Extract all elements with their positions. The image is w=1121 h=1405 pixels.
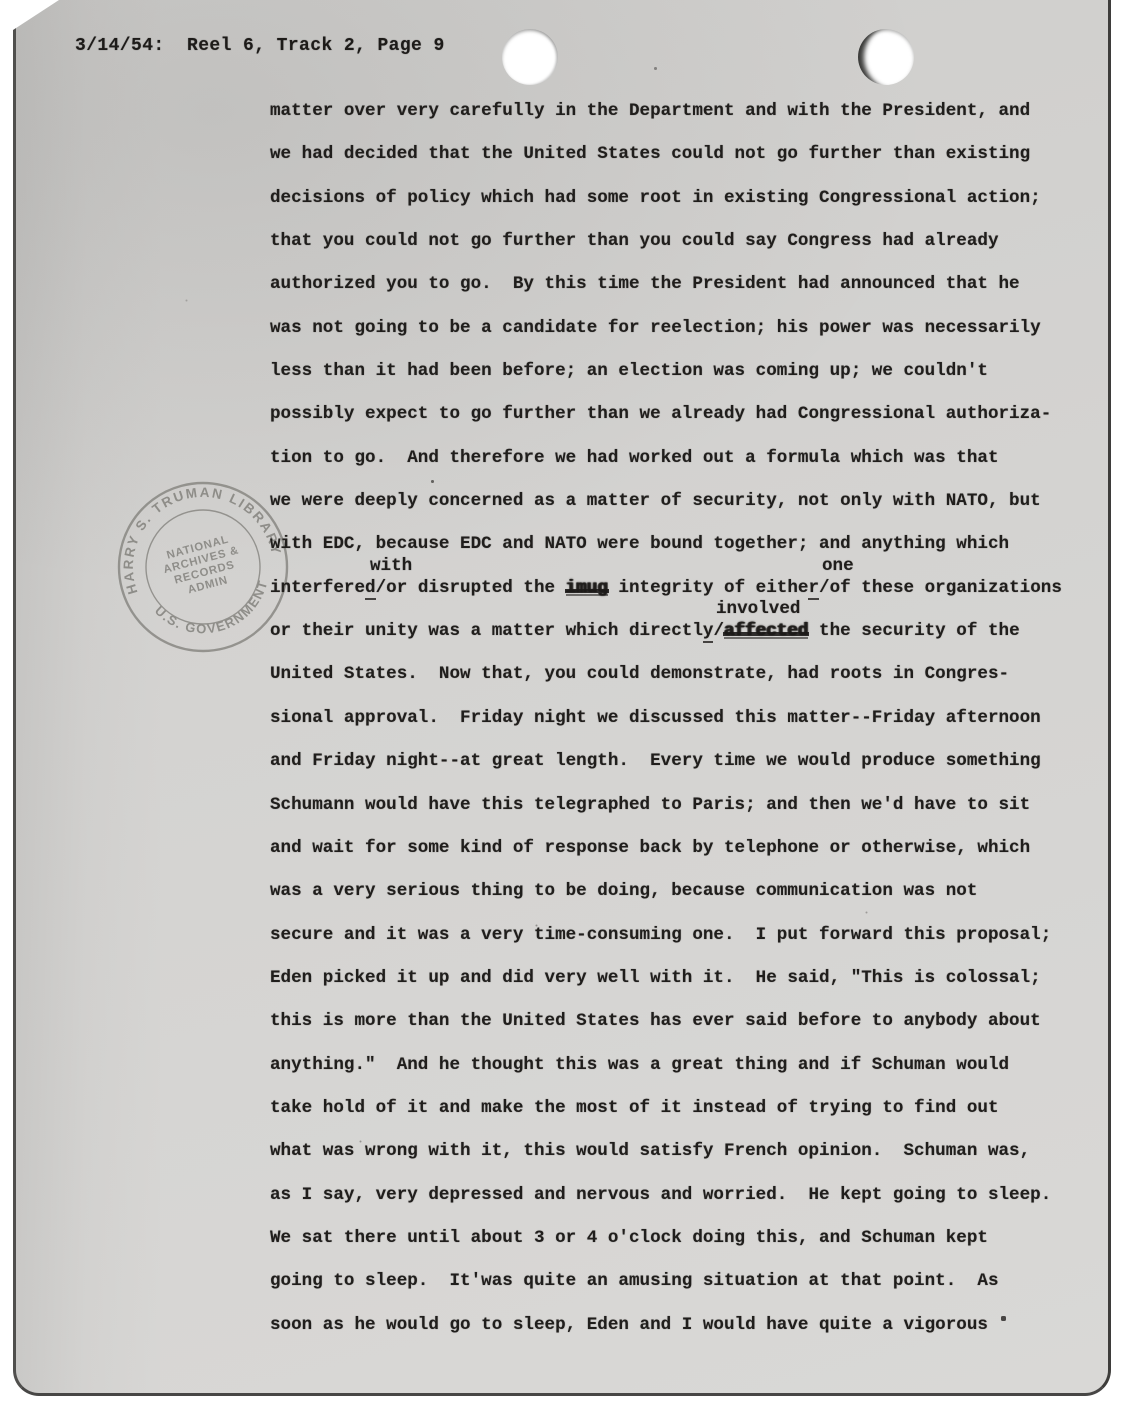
typed-line: Schumann would have this telegraphed to … <box>270 784 1116 827</box>
scanned-page: 3/14/54: Reel 6, Track 2, Page 9 HARRY S… <box>0 0 1121 1405</box>
punch-hole-right <box>858 29 914 85</box>
struck-word: affected <box>724 621 808 641</box>
typed-line: what was wrong with it, this would satis… <box>270 1130 1116 1173</box>
typed-line: that you could not go further than you c… <box>270 220 1116 263</box>
typed-segment: the security of the <box>808 621 1019 641</box>
typed-line: this is more than the United States has … <box>270 1000 1116 1043</box>
typed-line: was not going to be a candidate for reel… <box>270 307 1116 350</box>
typed-segment: interfere <box>270 578 365 598</box>
punch-hole-left <box>502 29 558 85</box>
typed-line: was a very serious thing to be doing, be… <box>270 870 1116 913</box>
typed-line: tion to go. And therefore we had worked … <box>270 437 1116 480</box>
typed-line: and Friday night--at great length. Every… <box>270 740 1116 783</box>
page-header: 3/14/54: Reel 6, Track 2, Page 9 <box>75 36 445 56</box>
typed-line: sional approval. Friday night we discuss… <box>270 697 1116 740</box>
insertion-caret: y <box>703 621 714 641</box>
typed-line: take hold of it and make the most of it … <box>270 1087 1116 1130</box>
typed-line: as I say, very depressed and nervous and… <box>270 1174 1116 1217</box>
paper-sheet: 3/14/54: Reel 6, Track 2, Page 9 HARRY S… <box>13 0 1111 1396</box>
typed-line: secure and it was a very time-consuming … <box>270 914 1116 957</box>
typed-line: matter over very carefully in the Depart… <box>270 90 1116 133</box>
typed-line: authorized you to go. By this time the P… <box>270 263 1116 306</box>
typed-line: decisions of policy which had some root … <box>270 177 1116 220</box>
typed-line: United States. Now that, you could demon… <box>270 653 1116 696</box>
typed-body: matter over very carefully in the Depart… <box>270 90 1116 1347</box>
typed-segment: or their unity was a matter which direct… <box>270 621 703 641</box>
typed-line: soon as he would go to sleep, Eden and I… <box>270 1304 1116 1347</box>
struck-word: imug <box>566 578 608 598</box>
typed-line: and wait for some kind of response back … <box>270 827 1116 870</box>
typed-line: We sat there until about 3 or 4 o'clock … <box>270 1217 1116 1260</box>
inserted-word-with: with <box>370 545 412 588</box>
typed-line: anything." And he thought this was a gre… <box>270 1044 1116 1087</box>
inserted-word-one: one <box>822 545 854 588</box>
typed-line-interfered: withoneinterfered/or disrupted the imug … <box>270 567 1116 610</box>
insertion-caret: r <box>808 578 819 598</box>
corner-cut <box>13 0 59 30</box>
typed-line: less than it had been before; an electio… <box>270 350 1116 393</box>
typed-line: Eden picked it up and did very well with… <box>270 957 1116 1000</box>
typed-segment: /of these organizations <box>819 578 1062 598</box>
typed-line: we had decided that the United States co… <box>270 133 1116 176</box>
typed-line: going to sleep. It'was quite an amusing … <box>270 1260 1116 1303</box>
typed-line: we were deeply concerned as a matter of … <box>270 480 1116 523</box>
typed-line: possibly expect to go further than we al… <box>270 393 1116 436</box>
typed-line-directly: involvedor their unity was a matter whic… <box>270 610 1116 653</box>
